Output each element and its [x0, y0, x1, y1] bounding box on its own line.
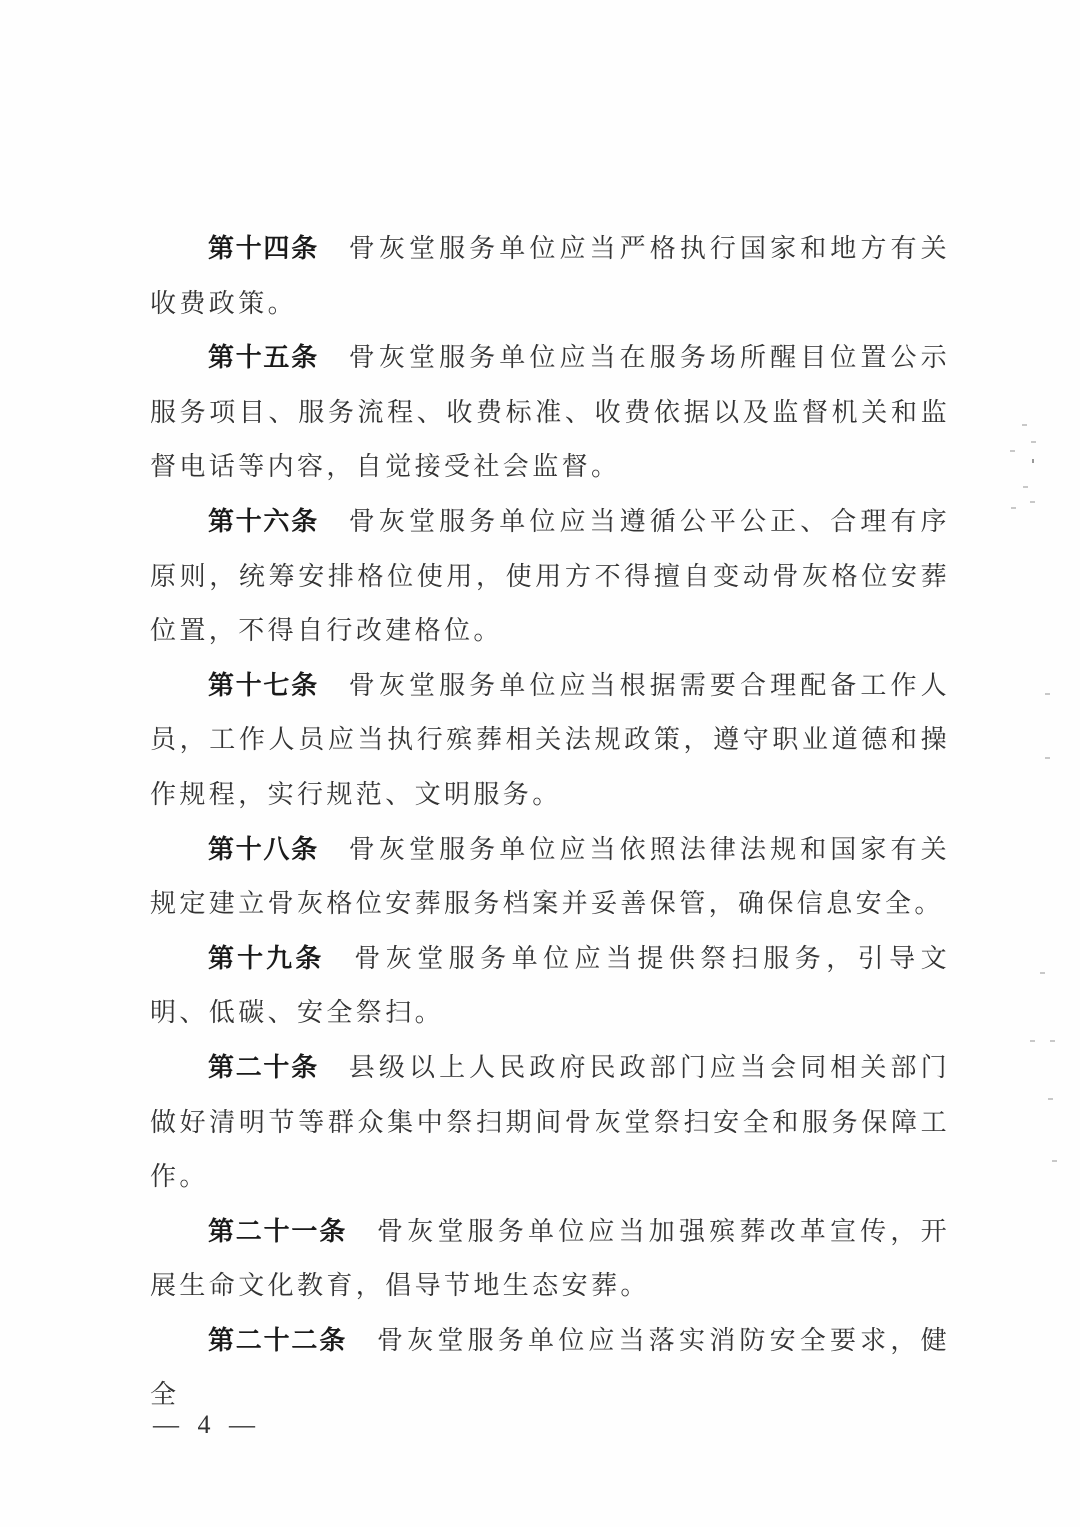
- page-number: — 4 —: [153, 1410, 261, 1440]
- article-number: 第十七条: [208, 671, 319, 701]
- scan-speck: [1048, 1098, 1053, 1100]
- scan-speck: [1022, 424, 1027, 426]
- scan-speck: [1040, 972, 1045, 974]
- article-number: 第十六条: [208, 507, 319, 537]
- article-17: 第十七条骨灰堂服务单位应当根据需要合理配备工作人员，工作人员应当执行殡葬相关法规…: [150, 659, 950, 823]
- article-number: 第十八条: [208, 835, 319, 865]
- scan-speck: [1010, 450, 1015, 452]
- article-number: 第十九条: [208, 944, 324, 974]
- scan-speck: [1045, 757, 1050, 759]
- article-15: 第十五条骨灰堂服务单位应当在服务场所醒目位置公示服务项目、服务流程、收费标准、收…: [150, 331, 950, 495]
- scan-speck: [1052, 1160, 1057, 1162]
- article-number: 第二十一条: [208, 1217, 347, 1247]
- scan-speck: [1050, 1040, 1055, 1042]
- scan-speck: [1031, 441, 1036, 443]
- article-20: 第二十条县级以上人民政府民政部门应当会同相关部门做好清明节等群众集中祭扫期间骨灰…: [150, 1041, 950, 1205]
- article-19: 第十九条骨灰堂服务单位应当提供祭扫服务，引导文明、低碳、安全祭扫。: [150, 932, 950, 1041]
- article-22: 第二十二条骨灰堂服务单位应当落实消防安全要求，健全: [150, 1314, 950, 1423]
- scan-speck: [1011, 507, 1016, 509]
- article-18: 第十八条骨灰堂服务单位应当依照法律法规和国家有关规定建立骨灰格位安葬服务档案并妥…: [150, 823, 950, 932]
- article-14: 第十四条骨灰堂服务单位应当严格执行国家和地方有关收费政策。: [150, 222, 950, 331]
- document-page: 第十四条骨灰堂服务单位应当严格执行国家和地方有关收费政策。 第十五条骨灰堂服务单…: [0, 0, 1080, 1527]
- scan-speck: [1030, 501, 1035, 503]
- article-number: 第十四条: [208, 234, 319, 264]
- scan-speck: [1032, 459, 1034, 463]
- article-number: 第十五条: [208, 343, 319, 373]
- scan-speck: [1023, 486, 1028, 488]
- document-body: 第十四条骨灰堂服务单位应当严格执行国家和地方有关收费政策。 第十五条骨灰堂服务单…: [150, 222, 950, 1423]
- article-number: 第二十二条: [208, 1326, 347, 1356]
- article-21: 第二十一条骨灰堂服务单位应当加强殡葬改革宣传，开展生命文化教育，倡导节地生态安葬…: [150, 1205, 950, 1314]
- scan-speck: [1030, 1040, 1035, 1042]
- article-number: 第二十条: [208, 1053, 319, 1083]
- scan-speck: [1045, 693, 1050, 695]
- article-16: 第十六条骨灰堂服务单位应当遵循公平公正、合理有序原则，统筹安排格位使用，使用方不…: [150, 495, 950, 659]
